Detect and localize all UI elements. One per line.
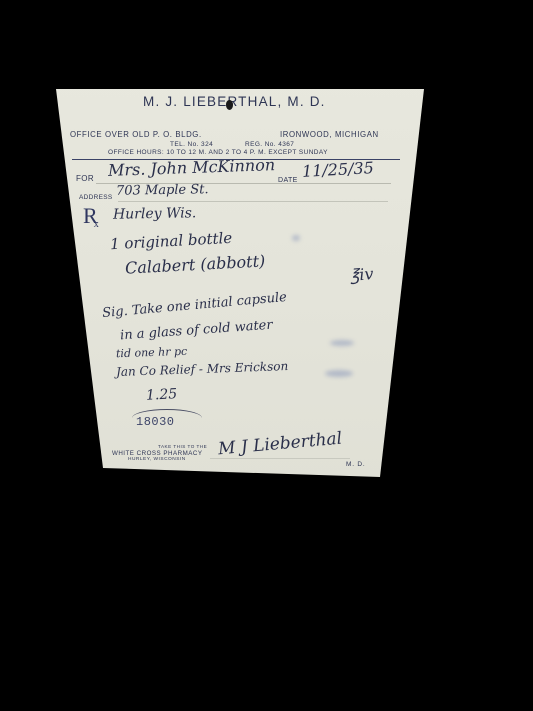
photo-stage: M. J. LIEBERTHAL, M. D. OFFICE OVER OLD … <box>0 0 533 711</box>
rx-subscript: x <box>94 219 99 230</box>
address-label: ADDRESS <box>79 194 113 201</box>
prescription-date: 11/25/35 <box>302 158 375 181</box>
doctor-name: M. J. LIEBERTHAL, M. D. <box>143 94 326 109</box>
serial-number: 18030 <box>136 415 175 429</box>
registration-number: REG. No. 4367 <box>245 141 294 148</box>
patient-city: Hurley Wis. <box>113 205 197 222</box>
pharmacy-location: HURLEY, WISCONSIN <box>128 457 186 462</box>
dose-mark: ℥iv <box>349 264 374 285</box>
telephone-number: TEL. No. 324 <box>170 141 213 148</box>
patient-street: 703 Maple St. <box>116 182 209 199</box>
md-suffix: M. D. <box>346 461 366 468</box>
price: 1.25 <box>146 386 178 404</box>
ink-smudge <box>325 370 353 377</box>
office-location: OFFICE OVER OLD P. O. BLDG. <box>70 130 202 139</box>
perforated-edge <box>56 86 424 90</box>
punch-hole <box>226 100 233 110</box>
for-label: FOR <box>76 174 94 183</box>
address-line <box>118 201 388 202</box>
office-hours: OFFICE HOURS: 10 TO 12 M. AND 2 TO 4 P. … <box>108 149 328 156</box>
pharmacy-line-1: TAKE THIS TO THE <box>158 444 207 449</box>
pharmacy-name: WHITE CROSS PHARMACY <box>112 450 202 457</box>
rx-icon: Rx <box>83 203 103 229</box>
ink-smudge <box>330 340 354 346</box>
office-city: IRONWOOD, MICHIGAN <box>280 130 379 139</box>
ink-smudge <box>292 235 300 241</box>
sig-line-3: tid one hr pc <box>116 345 188 360</box>
